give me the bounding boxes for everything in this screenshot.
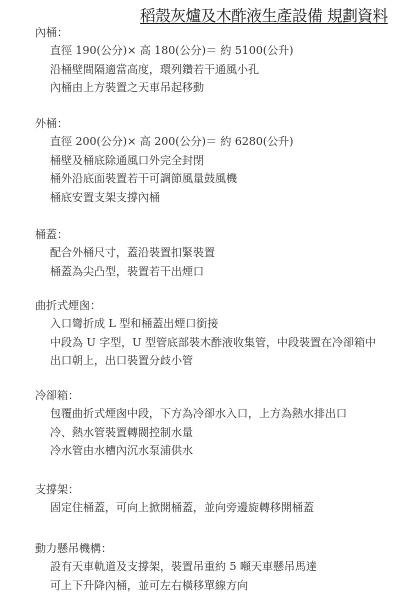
section-heading: 支撐架： bbox=[35, 481, 395, 499]
document-title: 稻殼灰爐及木酢液生產設備 規劃資料 bbox=[140, 6, 365, 26]
section-line: 桶外沿底面裝置若干可調節風量鼓風機 bbox=[35, 170, 395, 189]
section-line: 配合外桶尺寸，蓋沿裝置扣緊裝置 bbox=[35, 244, 395, 263]
section-outer-bucket: 外桶： 直徑 200(公分)× 高 200(公分)＝ 約 6280(公升) 桶壁… bbox=[35, 115, 395, 208]
section-heading: 冷卻箱： bbox=[35, 387, 395, 405]
section-line: 固定住桶蓋，可向上掀開桶蓋，並向旁邊旋轉移開桶蓋 bbox=[35, 499, 395, 518]
section-line: 桶壁及桶底除通風口外完全封閉 bbox=[35, 152, 395, 171]
section-line: 桶蓋為尖凸型，裝置若干出煙口 bbox=[35, 263, 395, 282]
section-line: 出口朝上，出口裝置分歧小管 bbox=[35, 352, 395, 371]
section-lid: 桶蓋： 配合外桶尺寸，蓋沿裝置扣緊裝置 桶蓋為尖凸型，裝置若干出煙口 bbox=[35, 226, 395, 281]
section-power-hoist: 動力懸吊機構： 設有天車軌道及支撐架，裝置吊重約 5 噸天車懸吊馬達 可上下升降… bbox=[35, 540, 395, 595]
section-heading: 桶蓋： bbox=[35, 226, 395, 244]
section-heading: 外桶： bbox=[35, 115, 395, 133]
document-page: 稻殼灰爐及木酢液生產設備 規劃資料 內桶： 直徑 190(公分)× 高 180(… bbox=[0, 0, 399, 600]
section-heading: 曲折式煙囪： bbox=[35, 297, 395, 315]
section-inner-bucket: 內桶： 直徑 190(公分)× 高 180(公分)＝ 約 5100(公升) 沿桶… bbox=[35, 24, 395, 98]
section-line: 入口彎折成 L 型和桶蓋出煙口銜接 bbox=[35, 315, 395, 334]
section-line: 中段為 U 字型，U 型管底部裝木酢液收集管，中段裝置在冷卻箱中 bbox=[35, 334, 395, 353]
section-line: 內桶由上方裝置之天車吊起移動 bbox=[35, 79, 395, 98]
section-line: 沿桶壁間隔適當高度，環列鑽若干通風小孔 bbox=[35, 61, 395, 80]
section-chimney: 曲折式煙囪： 入口彎折成 L 型和桶蓋出煙口銜接 中段為 U 字型，U 型管底部… bbox=[35, 297, 395, 371]
section-line: 冷、熱水管裝置轉閥控制水量 bbox=[35, 424, 395, 443]
section-line: 直徑 200(公分)× 高 200(公分)＝ 約 6280(公升) bbox=[35, 133, 395, 152]
section-cooling-box: 冷卻箱： 包覆曲折式煙囪中段，下方為冷卻水入口，上方為熱水排出口 冷、熱水管裝置… bbox=[35, 387, 395, 461]
section-line: 冷水管由水槽內沉水泵浦供水 bbox=[35, 442, 395, 461]
section-line: 可上下升降內桶，並可左右橫移單線方向 bbox=[35, 577, 395, 596]
section-line: 包覆曲折式煙囪中段，下方為冷卻水入口，上方為熱水排出口 bbox=[35, 405, 395, 424]
section-heading: 動力懸吊機構： bbox=[35, 540, 395, 558]
section-line: 桶底安置支架支撐內桶 bbox=[35, 189, 395, 208]
section-heading: 內桶： bbox=[35, 24, 395, 42]
section-line: 設有天車軌道及支撐架，裝置吊重約 5 噸天車懸吊馬達 bbox=[35, 558, 395, 577]
section-line: 直徑 190(公分)× 高 180(公分)＝ 約 5100(公升) bbox=[35, 42, 395, 61]
section-support-frame: 支撐架： 固定住桶蓋，可向上掀開桶蓋，並向旁邊旋轉移開桶蓋 bbox=[35, 481, 395, 518]
